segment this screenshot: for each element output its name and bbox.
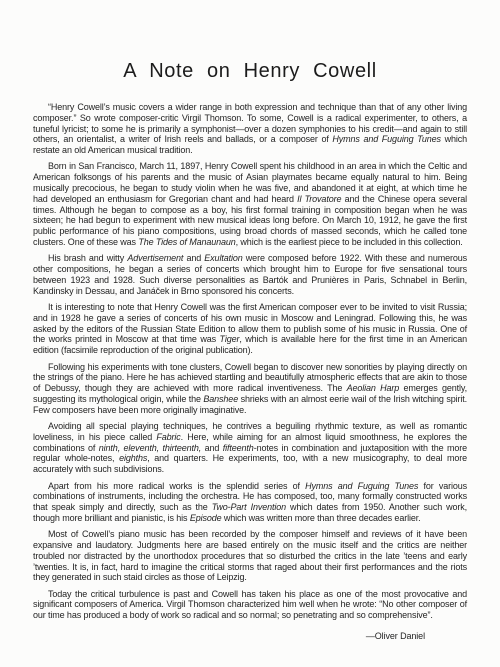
author-signature: —Oliver Daniel [0,631,425,641]
paragraph: “Henry Cowell’s music covers a wider ran… [33,102,467,156]
paragraph: Following his experiments with tone clus… [33,362,467,416]
paragraph: His brash and witty Advertisement and Ex… [33,253,467,296]
document-page: A Note on Henry Cowell “Henry Cowell’s m… [0,0,500,667]
paragraph: Avoiding all special playing techniques,… [33,421,467,475]
paragraph: Apart from his more radical works is the… [33,481,467,524]
paragraph: Most of Cowell’s piano music has been re… [33,529,467,583]
page-title: A Note on Henry Cowell [0,0,500,83]
paragraph: Born in San Francisco, March 11, 1897, H… [33,161,467,247]
paragraph: It is interesting to note that Henry Cow… [33,302,467,356]
paragraph: Today the critical turbulence is past an… [33,589,467,621]
article-body: “Henry Cowell’s music covers a wider ran… [33,102,467,621]
